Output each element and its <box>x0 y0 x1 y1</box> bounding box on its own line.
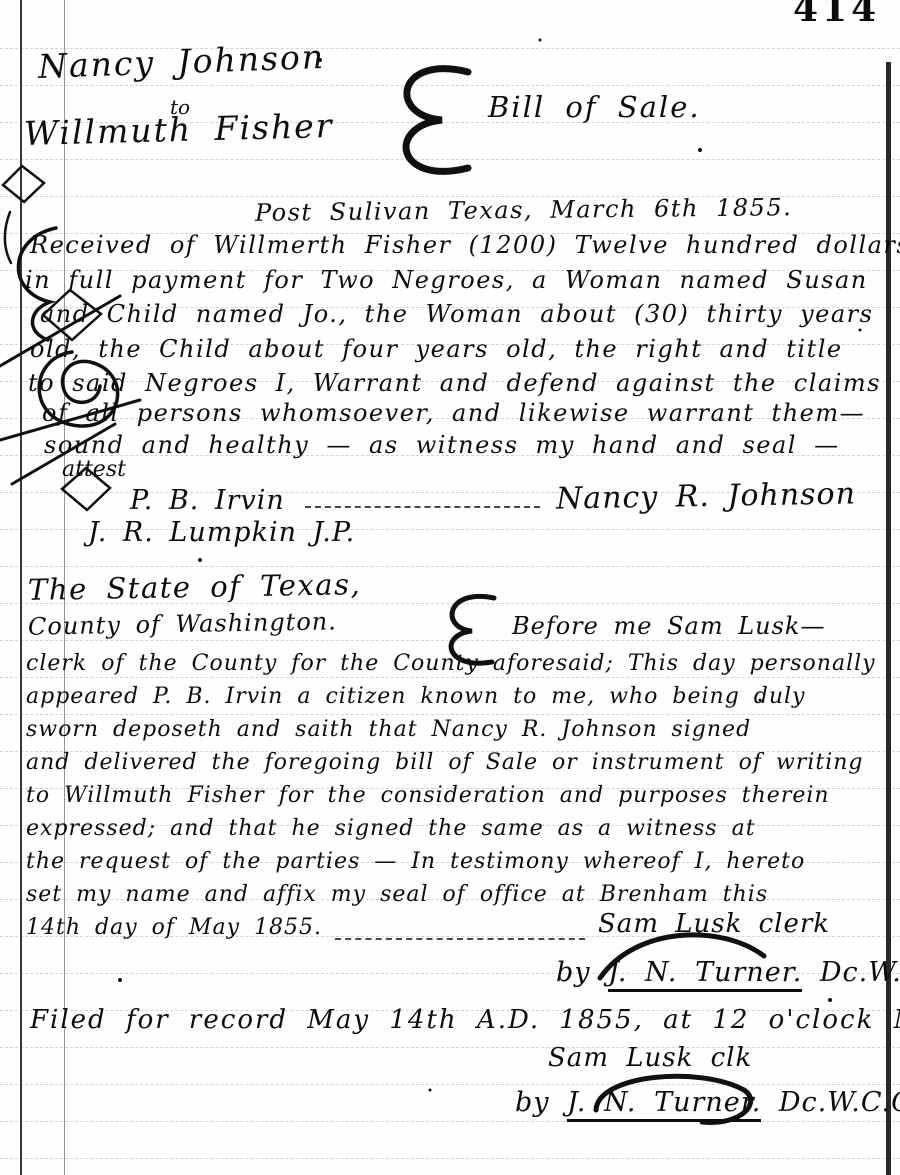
cert-line: set my name and affix my seal of office … <box>26 883 768 907</box>
grantee-name: Willmuth Fisher <box>24 108 334 152</box>
page-number: 414 <box>793 0 880 30</box>
body-line: and Child named Jo., the Woman about (30… <box>40 301 873 327</box>
filing-line: Filed for record May 14th A.D. 1855, at … <box>30 1006 900 1035</box>
state-line: The State of Texas, <box>28 569 362 607</box>
cert-line: expressed; and that he signed the same a… <box>26 817 756 841</box>
deputy-title: Dc.W.C.C. <box>779 1087 900 1118</box>
cert-opening: Before me Sam Lusk— <box>512 613 825 639</box>
deputy-signature-2: by J. N. Turner. Dc.W.C.C. <box>515 1088 900 1118</box>
signature-dash <box>305 506 540 508</box>
ruled-line <box>0 1121 900 1122</box>
fill-dash <box>335 938 585 940</box>
cert-line: the request of the parties — In testimon… <box>26 850 805 874</box>
ruled-line <box>0 1084 900 1085</box>
deputy-by-label: by <box>515 1087 550 1118</box>
grantor-name: Nancy Johnson <box>37 39 325 85</box>
body-line: to said Negroes I, Warrant and defend ag… <box>28 370 881 396</box>
ruled-line <box>0 714 900 715</box>
clerk-signature: Sam Lusk clerk <box>598 910 830 939</box>
principal-signature: Nancy R. Johnson <box>556 477 856 515</box>
ruled-line <box>0 677 900 678</box>
ruled-line <box>0 566 900 567</box>
deputy-name: J. N. Turner. <box>567 1087 761 1122</box>
body-line: sound and healthy — as witness my hand a… <box>44 432 840 458</box>
county-line: County of Washington. <box>28 608 337 640</box>
ruled-line <box>0 640 900 641</box>
witness-signature-2: J. R. Lumpkin J.P. <box>88 518 355 548</box>
cert-line: and delivered the foregoing bill of Sale… <box>26 751 864 775</box>
dateline: Post Sulivan Texas, March 6th 1855. <box>255 194 793 226</box>
witness-signature-1: P. B. Irvin <box>130 486 285 516</box>
document-title: Bill of Sale. <box>488 92 701 124</box>
left-margin-line <box>20 0 22 1175</box>
body-line: old, the Child about four years old, the… <box>30 336 843 362</box>
scanned-document-page: 414 Nancy Johnson to Willmuth Fisher Bil… <box>0 0 900 1175</box>
body-line: Received of Willmerth Fisher (1200) Twel… <box>30 232 900 258</box>
ruled-line <box>0 1047 900 1048</box>
attest-label: attest <box>62 458 126 482</box>
ruled-line <box>0 85 900 86</box>
cert-line: appeared P. B. Irvin a citizen known to … <box>26 685 806 709</box>
cert-line: clerk of the County for the County afore… <box>26 652 876 676</box>
cert-line: to Willmuth Fisher for the consideration… <box>26 784 830 808</box>
body-line: in full payment for Two Negroes, a Woman… <box>25 267 868 293</box>
ruled-line <box>0 1158 900 1159</box>
cert-line: sworn deposeth and saith that Nancy R. J… <box>26 718 751 742</box>
paren-mark <box>5 212 11 263</box>
filing-clerk-signature: Sam Lusk clk <box>548 1044 752 1073</box>
deputy-title: Dc.W.C.C. <box>820 957 900 988</box>
deputy-by-label: by <box>556 957 591 988</box>
ruled-line <box>0 159 900 160</box>
body-line: of all persons whomsoever, and likewise … <box>42 400 865 426</box>
cert-line: 14th day of May 1855. <box>26 916 322 940</box>
deputy-name: J. N. Turner. <box>608 957 802 992</box>
deputy-signature-1: by J. N. Turner. Dc.W.C.C. <box>556 958 900 988</box>
